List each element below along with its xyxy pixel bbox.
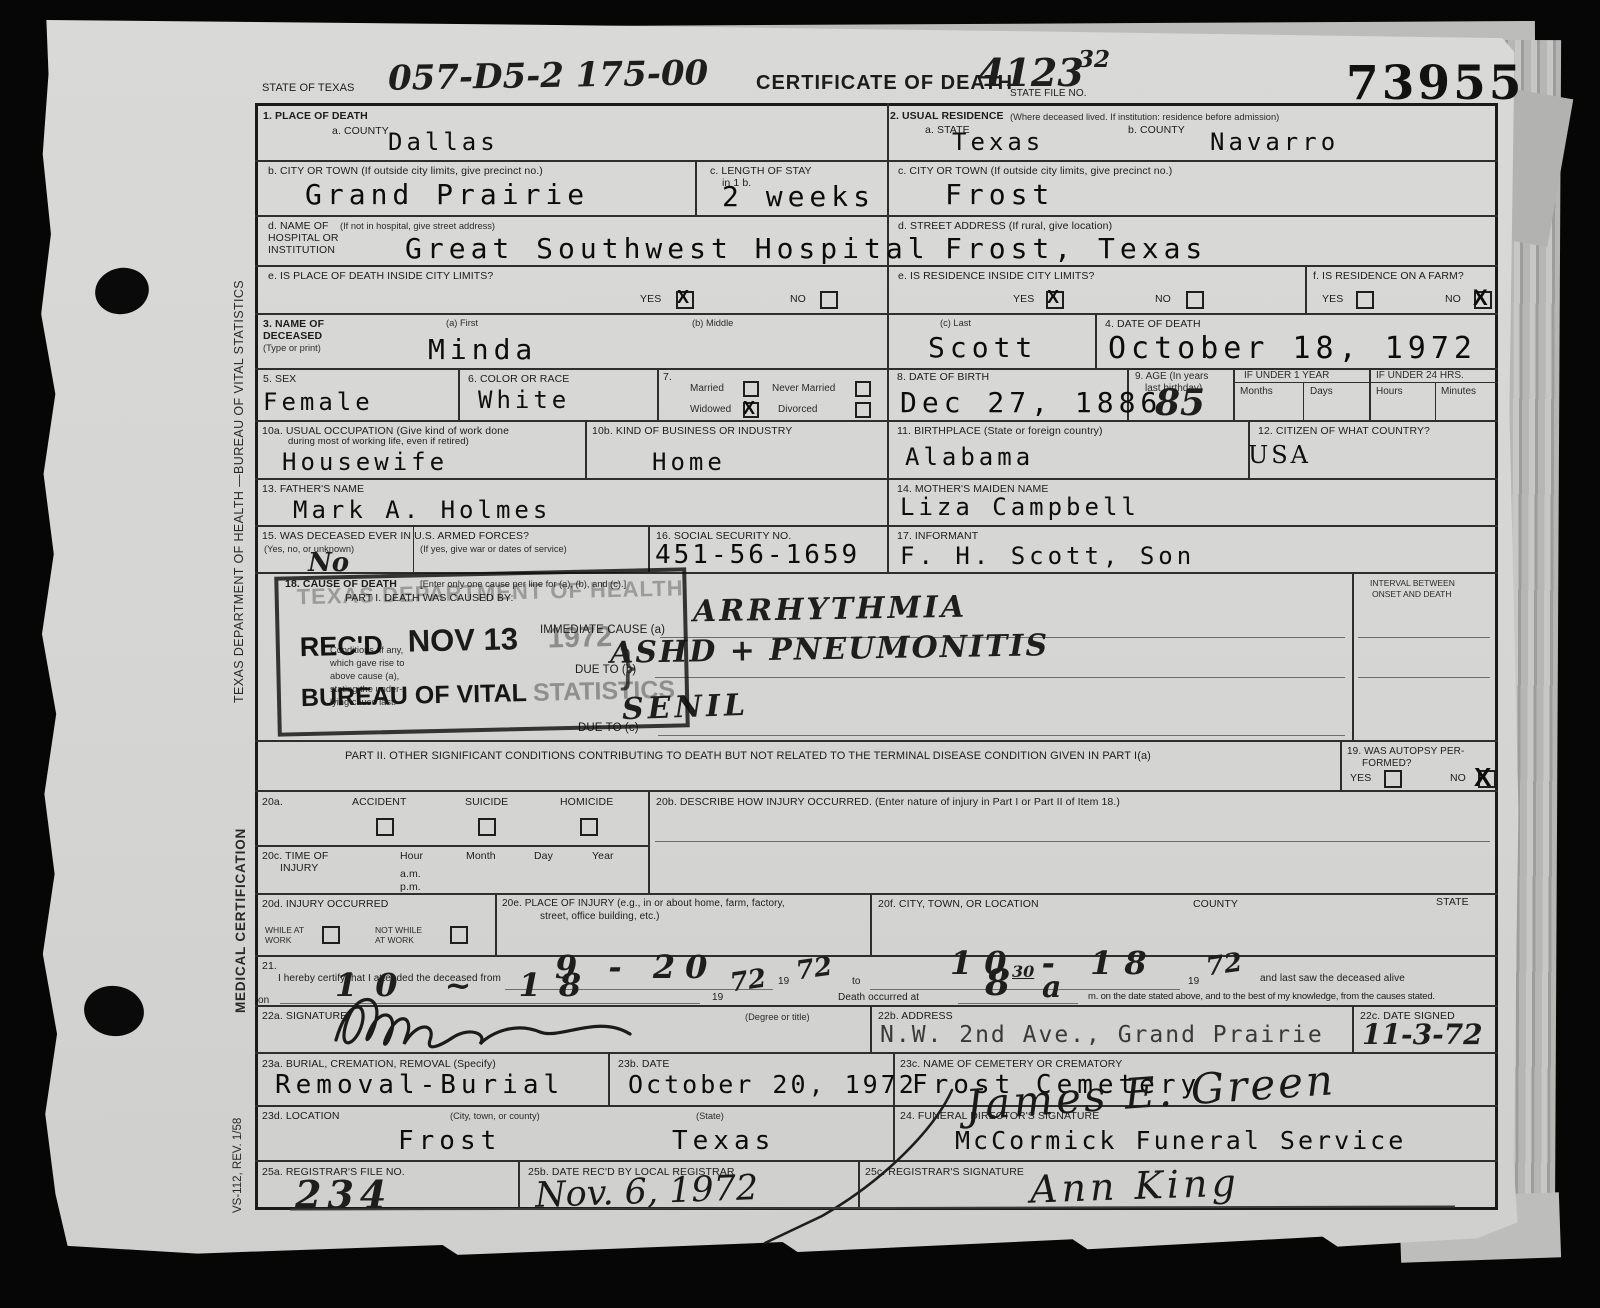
field-24-funeral-home-value: McCormick Funeral Service (955, 1126, 1406, 1155)
funeral-signature-flourish (0, 0, 1600, 1308)
scanned-death-certificate: TEXAS DEPARTMENT OF HEALTH —BUREAU OF VI… (0, 0, 1600, 1308)
registrar-signature: Ann King (1029, 1160, 1240, 1211)
field-25c-registrar-signature-label: 25c. REGISTRAR'S SIGNATURE (865, 1166, 1024, 1178)
